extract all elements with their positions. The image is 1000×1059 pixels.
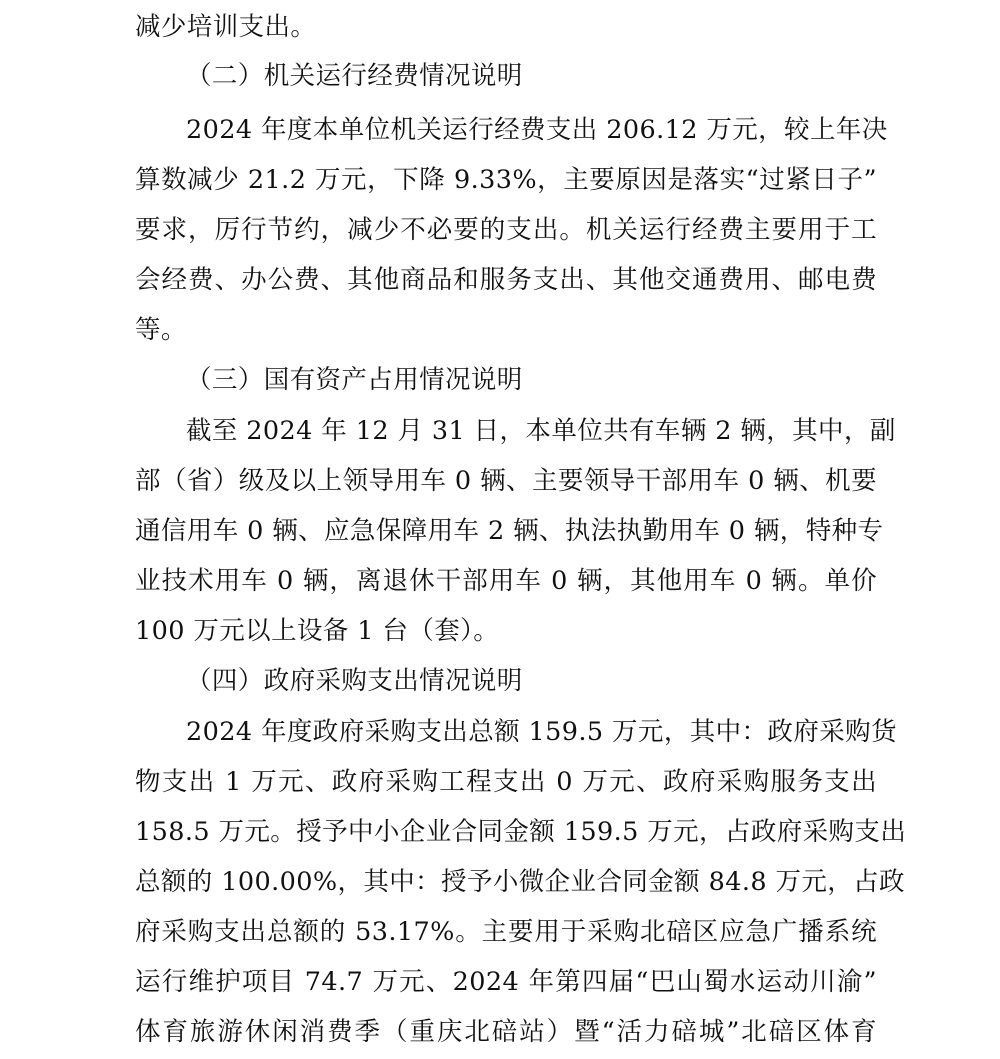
section-heading-3: （三）国有资产占用情况说明 (186, 355, 523, 405)
text-line: 截至 2024 年 12 月 31 日，本单位共有车辆 2 辆，其中，副 (186, 406, 877, 456)
text-line: 府采购支出总额的 53.17%。主要用于采购北碚区应急广播系统 (135, 907, 877, 957)
text-line: 2024 年度政府采购支出总额 159.5 万元，其中：政府采购货 (186, 707, 877, 757)
text-line: 2024 年度本单位机关运行经费支出 206.12 万元，较上年决 (186, 105, 877, 155)
text-line: 体育旅游休闲消费季（重庆北碚站）暨“活力碚城”北碚区体育 (135, 1007, 877, 1057)
text-line: 总额的 100.00%，其中：授予小微企业合同金额 84.8 万元，占政 (135, 857, 877, 907)
text-line: 158.5 万元。授予中小企业合同金额 159.5 万元，占政府采购支出 (135, 807, 877, 857)
text-line: 部（省）级及以上领导用车 0 辆、主要领导干部用车 0 辆、机要 (135, 456, 877, 506)
section-heading-4: （四）政府采购支出情况说明 (186, 656, 523, 706)
text-line: 会经费、办公费、其他商品和服务支出、其他交通费用、邮电费 (135, 255, 877, 305)
text-line: 减少培训支出。 (135, 2, 877, 52)
text-line: 100 万元以上设备 1 台（套）。 (135, 606, 877, 656)
text-line: 等。 (135, 305, 877, 355)
text-line: 通信用车 0 辆、应急保障用车 2 辆、执法执勤用车 0 辆，特种专 (135, 506, 877, 556)
section-heading-2: （二）机关运行经费情况说明 (186, 51, 523, 101)
text-line: 要求，厉行节约，减少不必要的支出。机关运行经费主要用于工 (135, 205, 877, 255)
text-line: 算数减少 21.2 万元，下降 9.33%，主要原因是落实“过紧日子” (135, 155, 877, 205)
text-line: 物支出 1 万元、政府采购工程支出 0 万元、政府采购服务支出 (135, 757, 877, 807)
text-line: 业技术用车 0 辆，离退休干部用车 0 辆，其他用车 0 辆。单价 (135, 556, 877, 606)
document-page: 减少培训支出。 （二）机关运行经费情况说明 2024 年度本单位机关运行经费支出… (0, 0, 1000, 1059)
text-line: 运行维护项目 74.7 万元、2024 年第四届“巴山蜀水运动川渝” (135, 957, 877, 1007)
